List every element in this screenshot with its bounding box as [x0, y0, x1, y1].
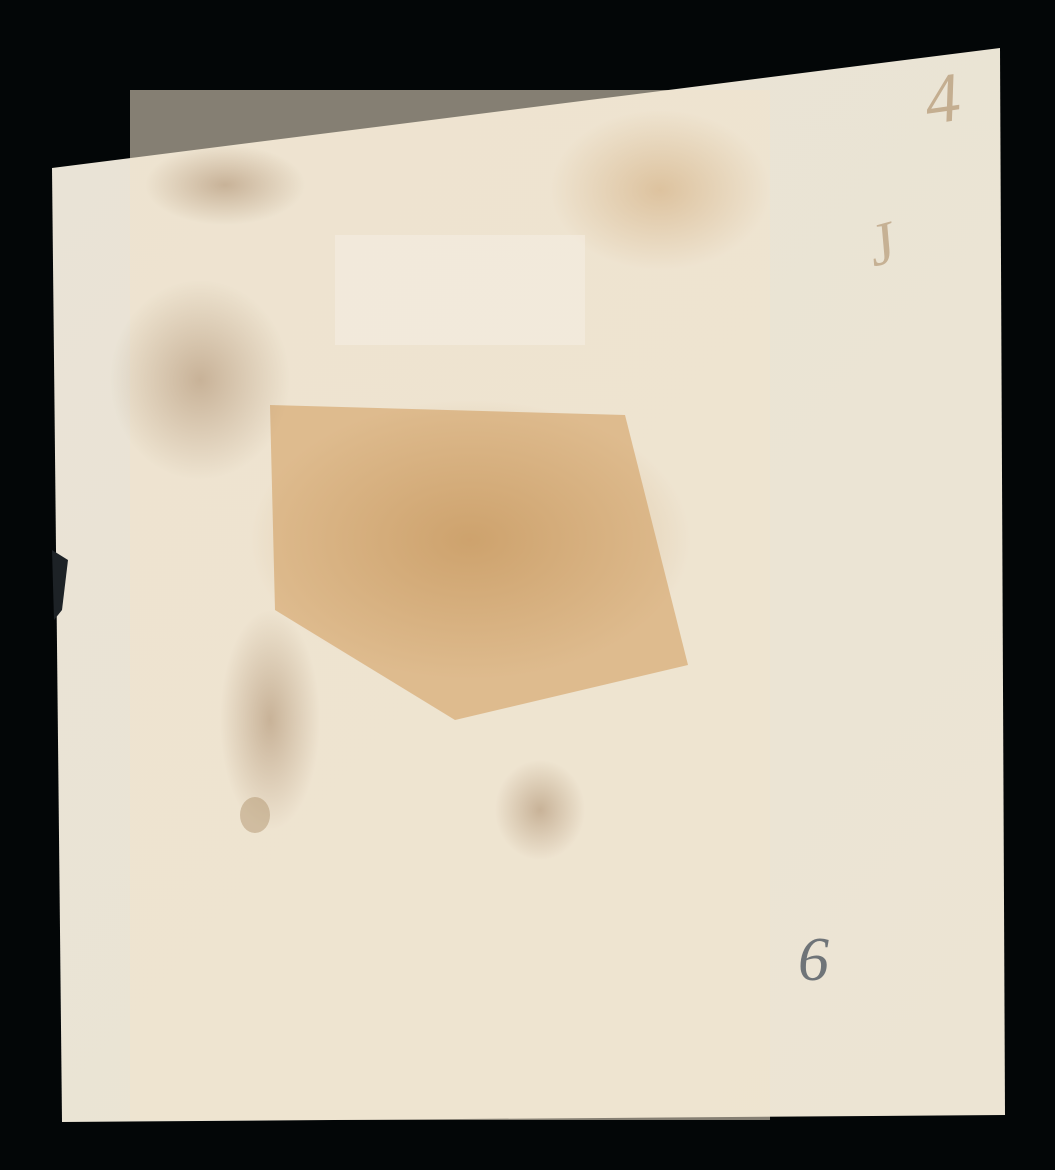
paper-fragment	[0, 0, 1055, 1170]
pencil-number: 6	[798, 925, 829, 996]
